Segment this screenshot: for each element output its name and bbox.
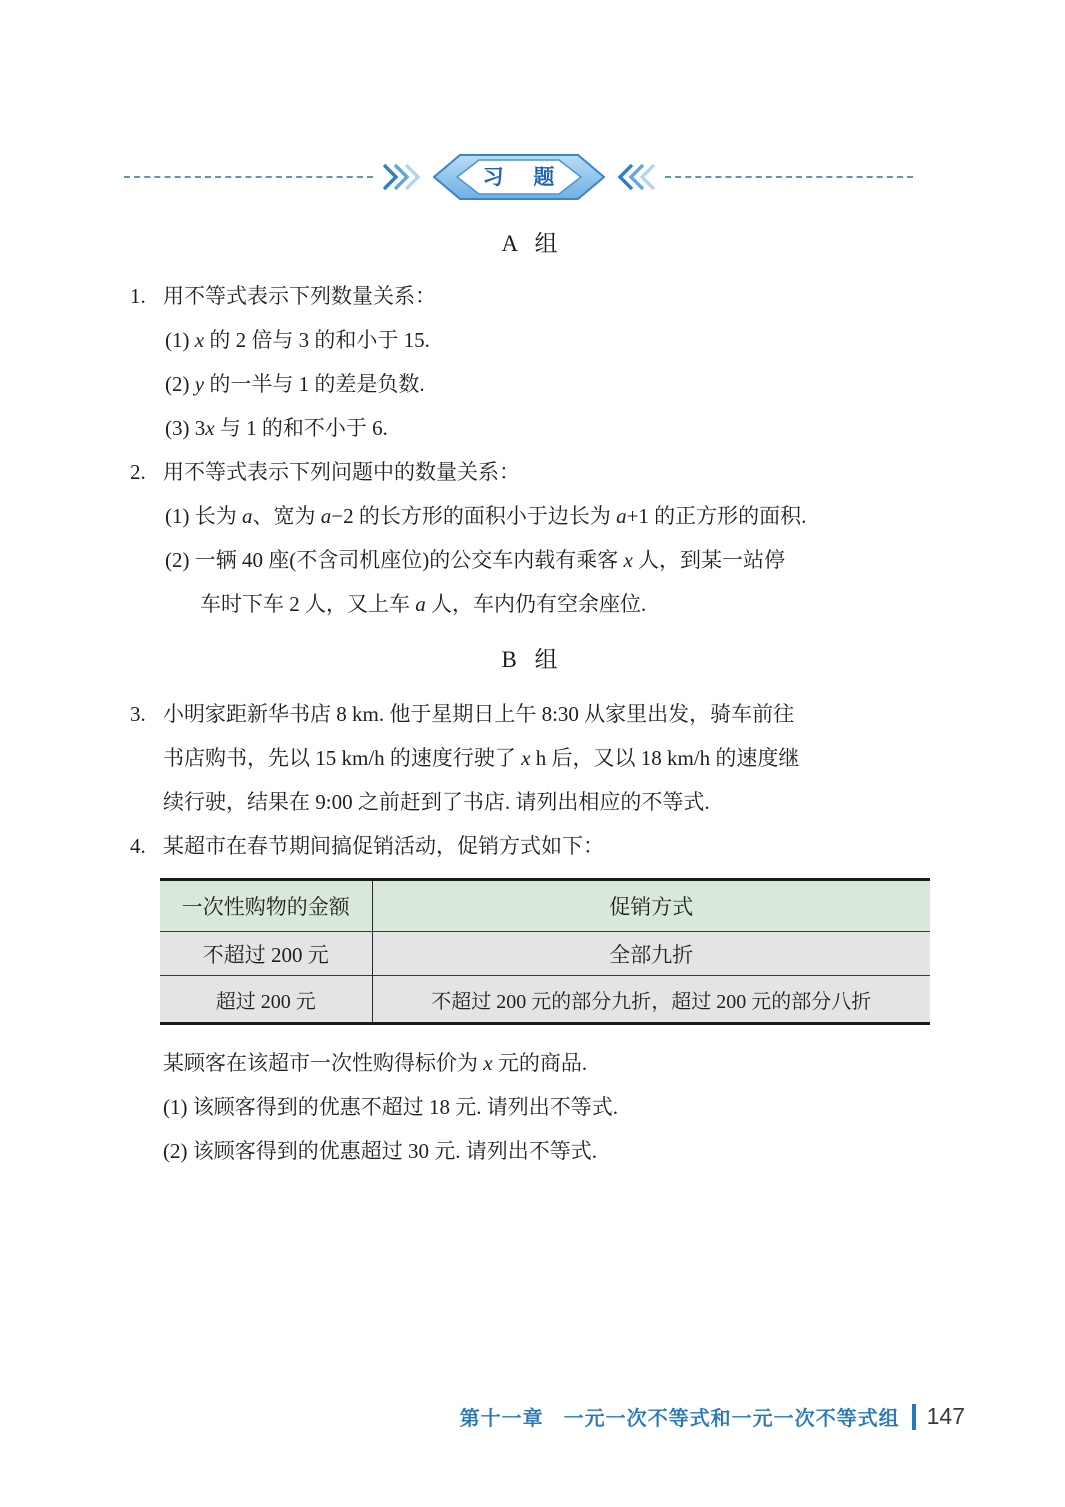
item-text: (1) xyxy=(165,328,195,352)
problem-number: 1. xyxy=(130,274,163,318)
problem-2-item-2-line-2: 车时下车 2 人，又上车 a 人，车内仍有空余座位. xyxy=(130,582,935,626)
problem-4-item-1: (1) 该顾客得到的优惠不超过 18 元. 请列出不等式. xyxy=(130,1085,935,1129)
problem-3-line-2: 书店购书，先以 15 km/h 的速度行驶了 x h 后，又以 18 km/h … xyxy=(130,736,935,780)
variable: x xyxy=(623,548,632,572)
item-text: +1 的正方形的面积. xyxy=(627,504,807,528)
item-text: 人，到某一站停 xyxy=(633,548,785,572)
item-text: (1) 长为 xyxy=(165,504,242,528)
problem-3-line-1: 3.小明家距新华书店 8 km. 他于星期日上午 8:30 从家里出发，骑车前往 xyxy=(130,692,935,736)
chapter-number: 第十一章 xyxy=(460,1402,544,1431)
table-cell-amount: 超过 200 元 xyxy=(160,976,372,1024)
variable: a xyxy=(242,504,253,528)
problem-2: 2.用不等式表示下列问题中的数量关系： (1) 长为 a、宽为 a−2 的长方形… xyxy=(130,450,935,626)
problem-text: 用不等式表示下列问题中的数量关系： xyxy=(163,460,520,484)
item-text: 与 1 的和不小于 6. xyxy=(215,416,388,440)
promotion-table: 一次性购物的金额 促销方式 不超过 200 元 全部九折 超过 200 元 不超… xyxy=(160,878,930,1025)
table-header-amount: 一次性购物的金额 xyxy=(160,880,372,932)
problem-text: 小明家距新华书店 8 km. 他于星期日上午 8:30 从家里出发，骑车前往 xyxy=(163,702,794,726)
problem-text: 某超市在春节期间搞促销活动，促销方式如下： xyxy=(163,834,604,858)
page-number: 147 xyxy=(927,1403,965,1430)
table-cell-method: 全部九折 xyxy=(372,932,930,976)
group-a-heading: A 组 xyxy=(130,228,935,260)
group-b-heading: B 组 xyxy=(130,644,935,676)
problem-number: 2. xyxy=(130,450,163,494)
table-row: 不超过 200 元 全部九折 xyxy=(160,932,930,976)
variable: a xyxy=(321,504,332,528)
problem-3: 3.小明家距新华书店 8 km. 他于星期日上午 8:30 从家里出发，骑车前往… xyxy=(130,692,935,824)
problem-text: 元的商品. xyxy=(493,1051,588,1075)
problem-4-item-2: (2) 该顾客得到的优惠超过 30 元. 请列出不等式. xyxy=(130,1129,935,1173)
item-text: 人，车内仍有空余座位. xyxy=(426,592,647,616)
problem-1-head: 1.用不等式表示下列数量关系： xyxy=(130,274,935,318)
right-dashed-rule xyxy=(665,176,914,178)
problem-2-item-1: (1) 长为 a、宽为 a−2 的长方形的面积小于边长为 a+1 的正方形的面积… xyxy=(130,494,935,538)
problem-1-item-2: (2) y 的一半与 1 的差是负数. xyxy=(130,362,935,406)
problem-text: h 后，又以 18 km/h 的速度继 xyxy=(531,746,800,770)
problem-number: 4. xyxy=(130,824,163,868)
problem-4: 4.某超市在春节期间搞促销活动，促销方式如下： 一次性购物的金额 促销方式 不超… xyxy=(130,824,935,1173)
variable: a xyxy=(415,592,426,616)
problem-1-item-3: (3) 3x 与 1 的和不小于 6. xyxy=(130,406,935,450)
variable: x xyxy=(195,328,204,352)
problem-4-intro: 某顾客在该超市一次性购得标价为 x 元的商品. xyxy=(130,1041,935,1085)
problem-text: 某顾客在该超市一次性购得标价为 xyxy=(163,1051,483,1075)
item-text: 的一半与 1 的差是负数. xyxy=(204,372,425,396)
problem-2-head: 2.用不等式表示下列问题中的数量关系： xyxy=(130,450,935,494)
table-header-row: 一次性购物的金额 促销方式 xyxy=(160,880,930,932)
page-footer: 第十一章 一元一次不等式和一元一次不等式组 147 xyxy=(460,1402,965,1431)
table-cell-method: 不超过 200 元的部分九折，超过 200 元的部分八折 xyxy=(372,976,930,1024)
table-cell-amount: 不超过 200 元 xyxy=(160,932,372,976)
variable: y xyxy=(195,372,204,396)
problem-1-item-1: (1) x 的 2 倍与 3 的和小于 15. xyxy=(130,318,935,362)
problem-1: 1.用不等式表示下列数量关系： (1) x 的 2 倍与 3 的和小于 15. … xyxy=(130,274,935,450)
variable: x xyxy=(205,416,214,440)
exercise-title: 习 题 xyxy=(433,154,605,200)
item-text: (2) xyxy=(165,372,195,396)
item-text: 的 2 倍与 3 的和小于 15. xyxy=(204,328,430,352)
variable: x xyxy=(521,746,530,770)
table-row: 超过 200 元 不超过 200 元的部分九折，超过 200 元的部分八折 xyxy=(160,976,930,1024)
exercise-title-badge: 习 题 xyxy=(433,154,605,200)
problem-2-item-2-line-1: (2) 一辆 40 座(不含司机座位)的公交车内载有乘客 x 人，到某一站停 xyxy=(130,538,935,582)
item-text: 车时下车 2 人，又上车 xyxy=(200,592,415,616)
item-text: −2 的长方形的面积小于边长为 xyxy=(331,504,616,528)
problem-text: 书店购书，先以 15 km/h 的速度行驶了 xyxy=(163,746,521,770)
item-text: (3) 3 xyxy=(165,416,205,440)
footer-divider xyxy=(912,1404,916,1430)
problem-text: 用不等式表示下列数量关系： xyxy=(163,284,436,308)
double-chevron-right-icon xyxy=(381,162,425,192)
item-text: (2) 一辆 40 座(不含司机座位)的公交车内载有乘客 xyxy=(165,548,623,572)
item-text: 、宽为 xyxy=(253,504,321,528)
problem-3-line-3: 续行驶，结果在 9:00 之前赶到了书店. 请列出相应的不等式. xyxy=(130,780,935,824)
chapter-title: 一元一次不等式和一元一次不等式组 xyxy=(564,1402,900,1431)
double-chevron-left-icon xyxy=(613,162,657,192)
left-dashed-rule xyxy=(124,176,373,178)
problem-number: 3. xyxy=(130,692,163,736)
textbook-page: 习 题 A 组 1.用不等式表示下列数量关系： (1) x 的 2 倍与 3 的… xyxy=(0,0,1065,1507)
variable: a xyxy=(616,504,627,528)
variable: x xyxy=(483,1051,492,1075)
table-header-method: 促销方式 xyxy=(372,880,930,932)
exercise-banner: 习 题 xyxy=(124,152,913,202)
problem-4-head: 4.某超市在春节期间搞促销活动，促销方式如下： xyxy=(130,824,935,868)
